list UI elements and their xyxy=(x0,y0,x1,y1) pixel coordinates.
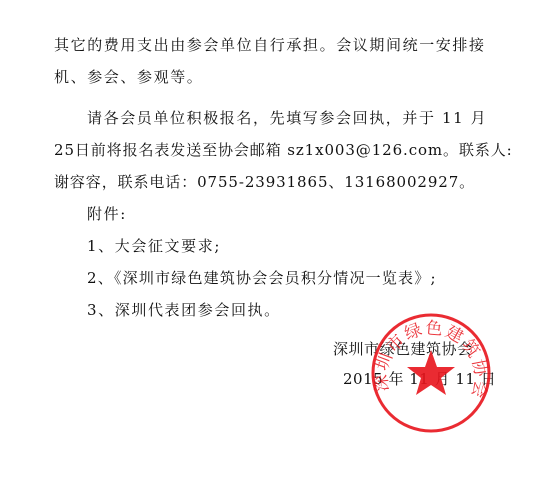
attachment-item: 1、大会征文要求; xyxy=(87,236,221,256)
paragraph-line: 谢容容，联系电话：0755-23931865、13168002927。 xyxy=(54,172,475,192)
attachment-item: 2、《深圳市绿色建筑协会会员积分情况一览表》; xyxy=(87,268,437,288)
paragraph-line: 25日前将报名表发送至协会邮箱 sz1x003@126.com。联系人: xyxy=(54,140,513,160)
paragraph-line: 其它的费用支出由参会单位自行承担。会议期间统一安排接 xyxy=(54,35,486,55)
paragraph-line: 请各会员单位积极报名，先填写参会回执，并于 11 月 xyxy=(87,108,487,128)
attachment-item: 3、深圳代表团参会回执。 xyxy=(87,300,281,320)
paragraph-line: 机、参会、参观等。 xyxy=(54,67,203,87)
attachments-heading: 附件: xyxy=(87,204,127,224)
official-seal-icon: 深圳市绿色建筑协会 xyxy=(370,312,492,434)
